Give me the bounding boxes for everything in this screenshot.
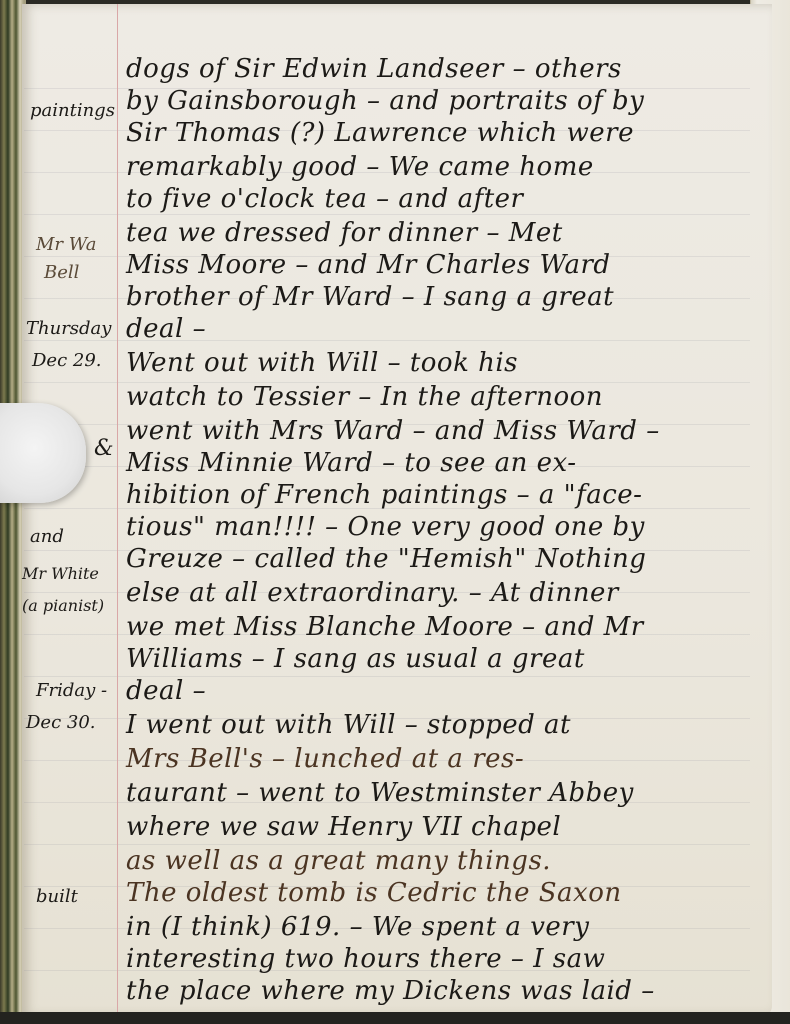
text-line: Miss Moore – and Mr Charles Ward (126, 250, 611, 280)
text-line: hibition of French paintings – a "face- (126, 480, 642, 510)
text-line: went with Mrs Ward – and Miss Ward – (126, 416, 660, 446)
text-line: Miss Minnie Ward – to see an ex- (126, 448, 576, 478)
margin-note-mr-white: Mr White (22, 564, 99, 583)
text-line: where we saw Henry VII chapel (126, 812, 561, 842)
text-line: to five o'clock tea – and after (126, 184, 523, 214)
text-line: we met Miss Blanche Moore – and Mr (126, 612, 644, 642)
white-glove-finger (0, 403, 86, 503)
text-line: watch to Tessier – In the afternoon (126, 382, 603, 412)
margin-note-paintings: paintings (30, 100, 115, 121)
text-line: by Gainsborough – and portraits of by (126, 86, 644, 116)
text-line: tea we dressed for dinner – Met (126, 218, 563, 248)
margin-note-mr-wa: Mr Wa (36, 234, 96, 255)
margin-note-pianist: (a pianist) (22, 596, 104, 615)
margin-rule (117, 4, 118, 1016)
text-line: Mrs Bell's – lunched at a res- (126, 744, 524, 774)
text-line: in (I think) 619. – We spent a very (126, 912, 589, 942)
bottom-edge-shadow (0, 1012, 790, 1024)
text-line: I went out with Will – stopped at (126, 710, 571, 740)
margin-note-ampersand: & (94, 436, 114, 461)
ruled-line (24, 844, 750, 845)
margin-note-and: and (30, 526, 64, 547)
text-line: deal – (126, 314, 206, 344)
margin-note-bell: Bell (44, 262, 79, 283)
text-line: the place where my Dickens was laid – (126, 976, 655, 1006)
text-line: tious" man!!!! – One very good one by (126, 512, 645, 542)
text-line: else at all extraordinary. – At dinner (126, 578, 619, 608)
text-line: remarkably good – We came home (126, 152, 594, 182)
text-line: interesting two hours there – I saw (126, 944, 605, 974)
margin-note-built: built (36, 886, 78, 907)
text-line: dogs of Sir Edwin Landseer – others (126, 54, 622, 84)
text-line: Sir Thomas (?) Lawrence which were (126, 118, 634, 148)
text-line: deal – (126, 676, 206, 706)
text-line: Went out with Will – took his (126, 348, 518, 378)
text-line: taurant – went to Westminster Abbey (126, 778, 634, 808)
text-line: The oldest tomb is Cedric the Saxon (126, 878, 622, 908)
ruled-line (24, 214, 750, 215)
text-line: brother of Mr Ward – I sang a great (126, 282, 614, 312)
margin-note-friday: Friday - (36, 680, 107, 701)
margin-note-thursday-date: Dec 29. (32, 350, 102, 371)
text-line: Greuze – called the "Hemish" Nothing (126, 544, 646, 574)
text-line: Williams – I sang as usual a great (126, 644, 585, 674)
text-line: as well as a great many things. (126, 846, 551, 876)
margin-note-friday-date: Dec 30. (26, 712, 96, 733)
margin-note-thursday: Thursday (26, 318, 111, 339)
